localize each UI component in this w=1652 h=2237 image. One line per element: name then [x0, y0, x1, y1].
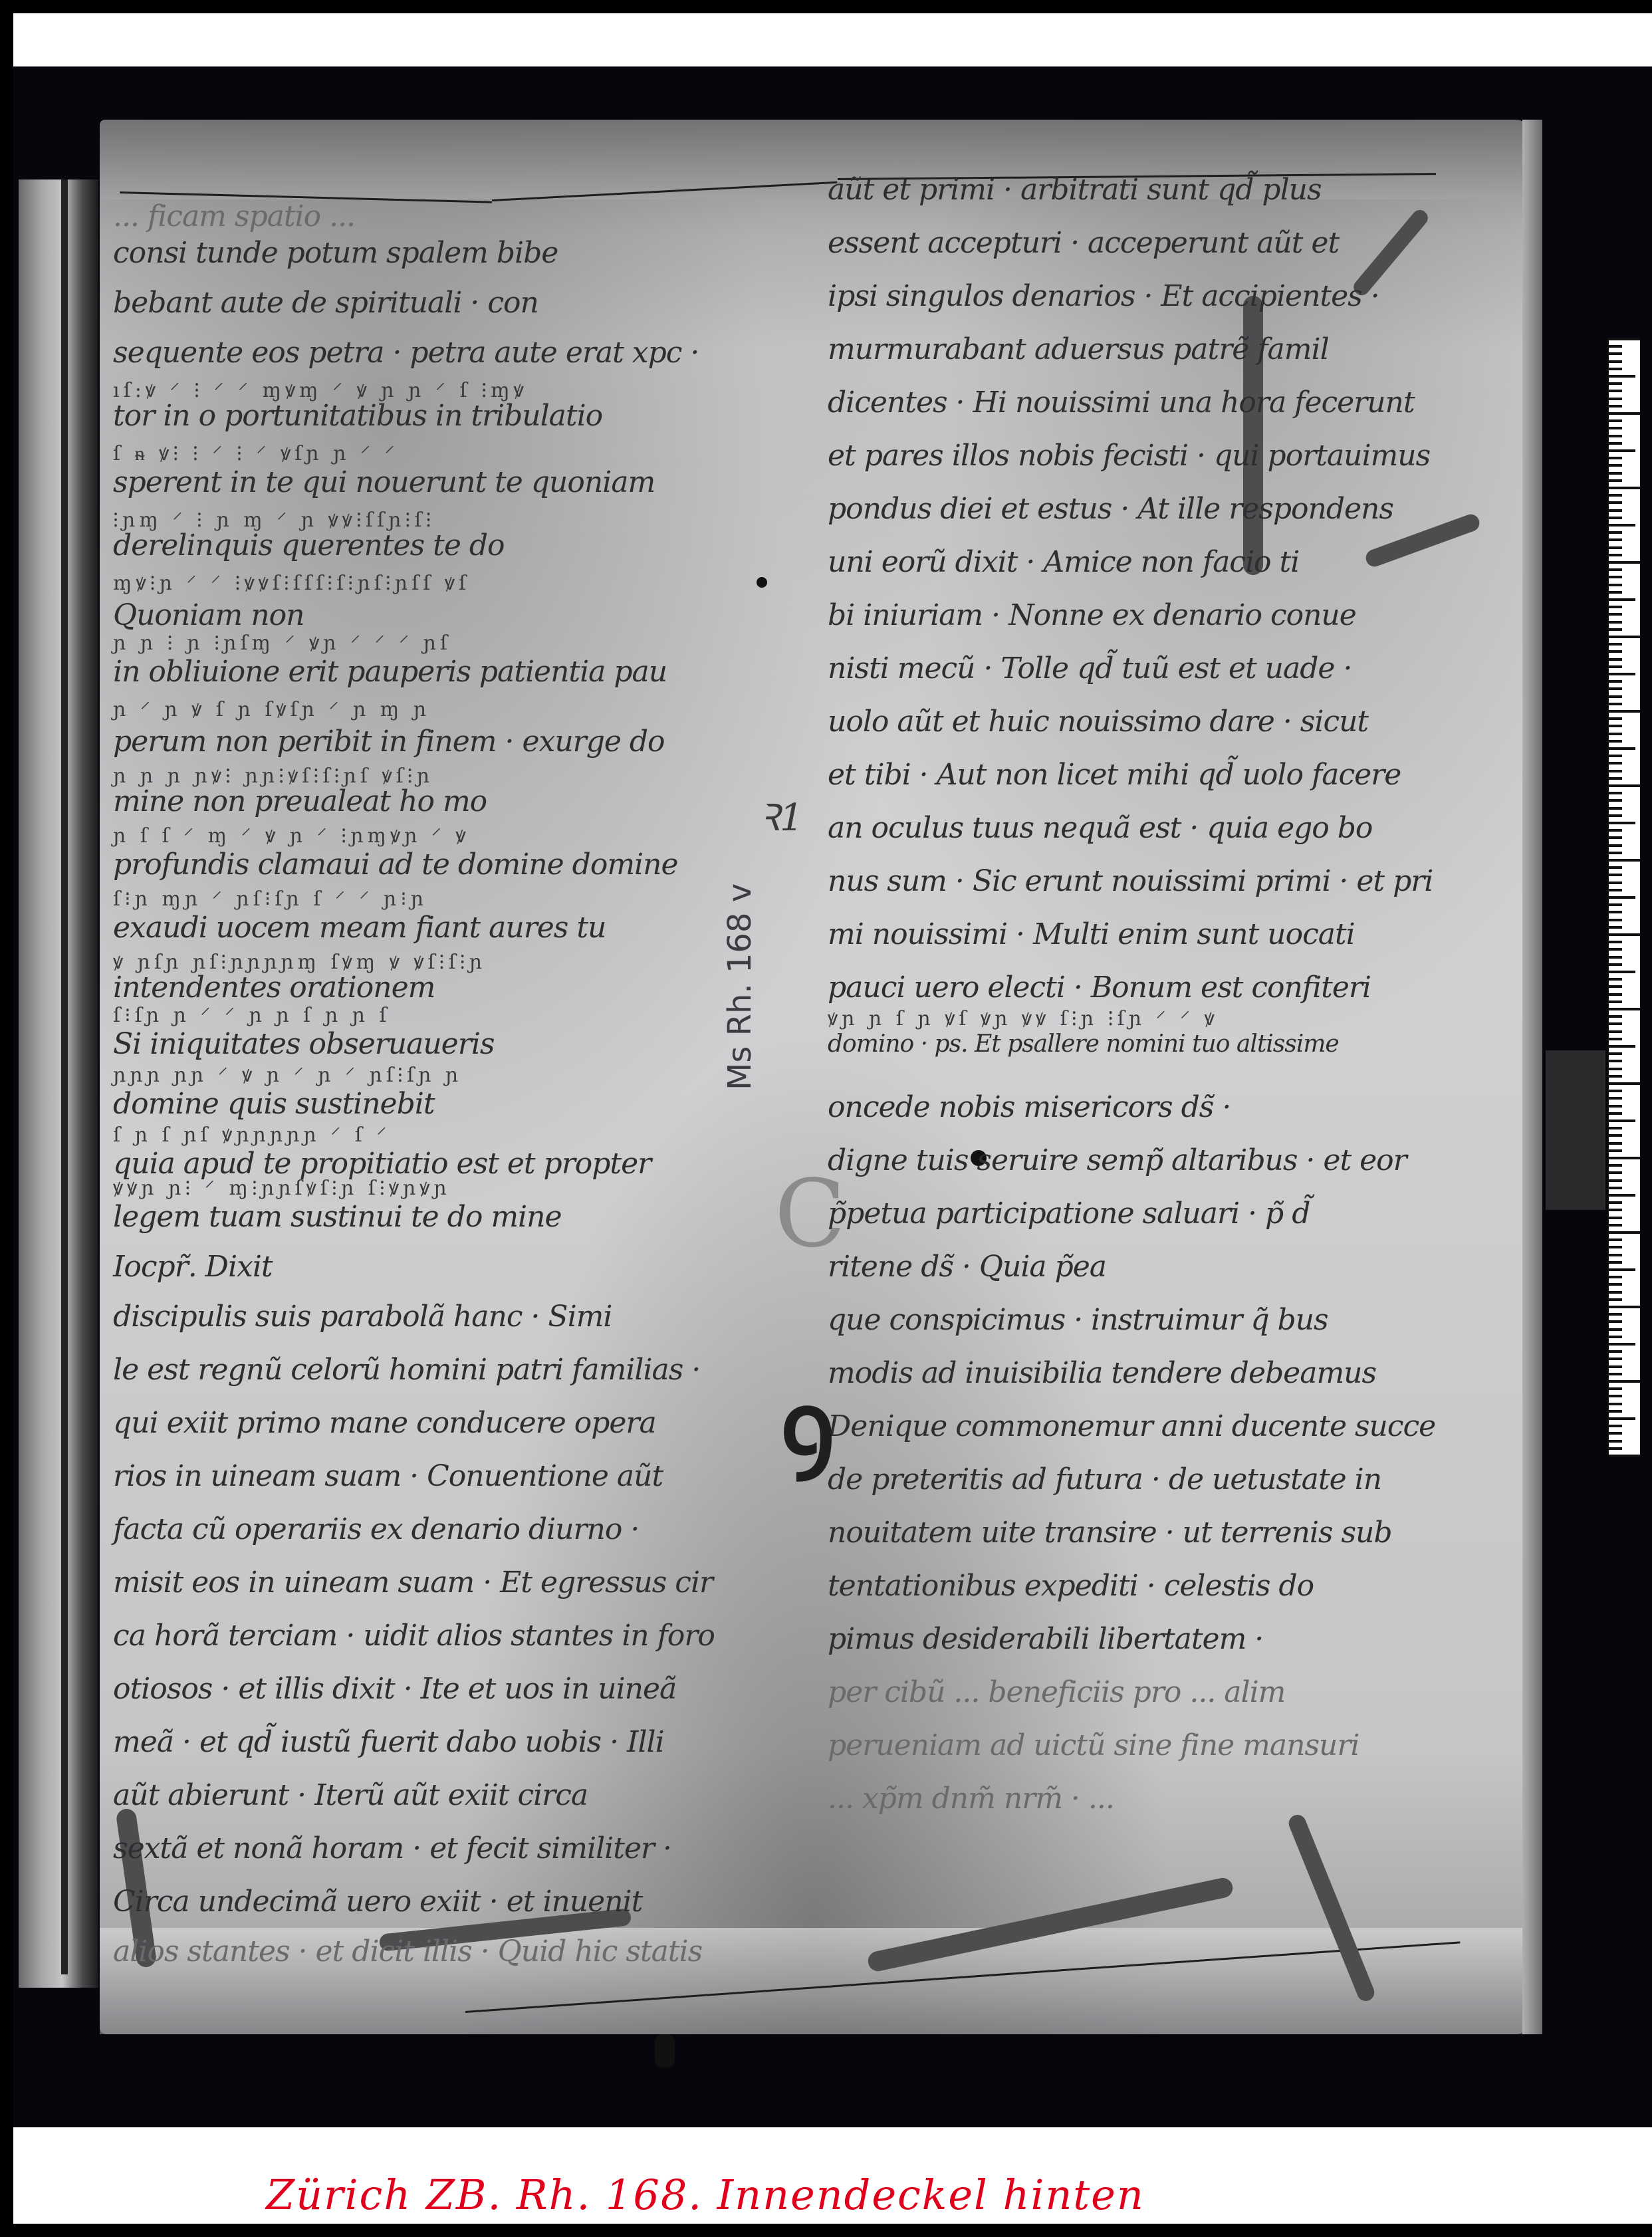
ruler-tick	[1609, 1097, 1622, 1100]
neume-line: ſ⁝ɲ ɱɲ ⸍ ɲſ⁝ſɲ ſ ⸍ ⸍ ɲ⁝ɲ	[113, 884, 427, 911]
ruler-tick	[1609, 740, 1622, 743]
manuscript-line: per cibũ ... beneficiis pro ... alim	[828, 1675, 1285, 1709]
ruler-tick	[1609, 338, 1640, 340]
ruler-tick	[1609, 673, 1635, 675]
ruler-tick	[1609, 1395, 1622, 1397]
manuscript-line: domino · ps. Et psallere nomini tuo alti…	[828, 1030, 1339, 1058]
ruler-tick	[1609, 1246, 1622, 1248]
manuscript-line: bi iniuriam · Nonne ex denario conue	[828, 598, 1356, 632]
ruler-tick	[1609, 1306, 1640, 1308]
manuscript-line: de preteritis ad futura · de uetustate i…	[828, 1463, 1381, 1496]
leaf-right-edge	[1522, 120, 1542, 2034]
ruler-tick	[1609, 978, 1622, 981]
ruler-tick	[1609, 1134, 1622, 1137]
ruler-tick	[1609, 1082, 1640, 1085]
ruler-tick	[1609, 554, 1622, 556]
ruler-tick	[1609, 524, 1635, 527]
ruler-tick	[1609, 755, 1622, 757]
manuscript-line: domine quis sustinebit	[113, 1087, 435, 1121]
ruler-tick	[1609, 941, 1622, 943]
ruler-tick	[1609, 1217, 1622, 1219]
ruler-tick	[1609, 390, 1622, 392]
ruler-tick	[1609, 368, 1622, 370]
manuscript-line: perum non peribit in finem · exurge do	[113, 725, 665, 759]
ruler-tick	[1609, 836, 1622, 839]
manuscript-line: mine non preualeat ho mo	[113, 784, 487, 818]
ruler-tick	[1609, 896, 1635, 899]
ruler-tick	[1609, 814, 1622, 817]
manuscript-line: Si iniquitates obseruaueris	[113, 1027, 494, 1061]
neume-line: ſ ɲ ſ ɲſ ꝟɲɲɲɲɲ ⸍ ſ ⸍	[113, 1120, 390, 1147]
ruler-tick	[1609, 1403, 1622, 1405]
ruler-tick	[1609, 956, 1622, 959]
manuscript-line: dicentes · Hi nouissimi una hora fecerun…	[828, 386, 1415, 419]
neume-line: ɲ ſ ſ ⸍ ɱ ⸍ ꝟ ɲ ⸍ ⁝ɲɱꝟɲ ⸍ ꝟ	[113, 821, 470, 848]
ruler-tick	[1609, 658, 1622, 661]
ruler-tick	[1609, 613, 1622, 616]
manuscript-line: digne tuis seruire semp̃ altaribus · et …	[828, 1143, 1407, 1177]
ruler-tick	[1609, 747, 1635, 750]
ruler-tick	[1609, 531, 1622, 534]
ruler-tick	[1609, 1440, 1622, 1443]
ruler-tick	[1609, 993, 1622, 996]
ruler-tick	[1609, 419, 1622, 422]
ruler-tick	[1609, 1261, 1622, 1264]
ruler-tick	[1609, 889, 1622, 891]
ruler-tick	[1609, 777, 1622, 780]
ruler-tick	[1609, 985, 1622, 988]
ruler-tick	[1609, 591, 1622, 594]
manuscript-line: ritene ds̃ · Quia p̃ea	[828, 1250, 1106, 1284]
ruler-tick	[1609, 1417, 1635, 1420]
manuscript-line: aũt et primi · arbitrati sunt qd̃ plus	[828, 173, 1322, 207]
binding-strap-patch	[1546, 1050, 1605, 1210]
ruler-tick	[1609, 1365, 1622, 1368]
decorated-initial: ꝯ	[765, 1383, 851, 1469]
ruler-tick	[1609, 717, 1622, 720]
ruler-tick	[1609, 882, 1622, 884]
manuscript-line: uolo aũt et huic nouissimo dare · sicut	[828, 705, 1368, 739]
ruler-tick	[1609, 479, 1622, 482]
ruler-tick	[1609, 517, 1622, 519]
neume-line: ɲ ⸍ ɲ ꝟ ſ ɲ ſꝟſɲ ⸍ ɲ ɱ ɲ	[113, 695, 430, 722]
ruler-tick	[1609, 762, 1622, 765]
ruler-tick	[1609, 442, 1622, 445]
manuscript-line: tentationibus expediti · celestis do	[828, 1569, 1314, 1603]
ruler-tick	[1609, 435, 1622, 437]
manuscript-line: nus sum · Sic erunt nouissimi primi · et…	[828, 864, 1433, 898]
neume-line: ꝟɲ ɲ ſ ɲ ꝟſ ꝟɲ ꝟꝟ ſ⁝ɲ ⁝ſɲ ⸍ ⸍ ꝟ	[828, 1004, 1219, 1031]
ruler-tick	[1609, 1068, 1622, 1070]
manuscript-line: qui exiit primo mane conducere opera	[113, 1406, 656, 1440]
ruler-tick	[1609, 360, 1622, 363]
ruler-tick	[1609, 584, 1622, 586]
ruler-tick	[1609, 1410, 1622, 1413]
manuscript-line: otiosos · et illis dixit · Ite et uos in…	[113, 1672, 676, 1706]
manuscript-line: alios stantes · et dicit illis · Quid hi…	[113, 1935, 702, 1968]
ruler-tick	[1609, 576, 1622, 578]
manuscript-line: profundis clamaui ad te domine domine	[113, 848, 678, 882]
ruler-tick	[1609, 598, 1635, 601]
ruler-tick	[1609, 1119, 1635, 1122]
manuscript-line: Circa undecimã uero exiit · et inuenit	[113, 1885, 642, 1919]
manuscript-line: ca horã terciam · uidit alios stantes in…	[113, 1619, 715, 1653]
ink-dot	[757, 577, 767, 588]
ruler-tick	[1609, 1209, 1622, 1211]
manuscript-line: intendentes orationem	[113, 971, 435, 1004]
ruler-tick	[1609, 926, 1622, 929]
manuscript-line: legem tuam sustinui te do mine	[113, 1200, 562, 1234]
ruler-tick	[1609, 1194, 1635, 1197]
manuscript-line: Iocpr̃. Dixit	[113, 1250, 273, 1284]
manuscript-line: uni eorũ dixit · Amice non facio ti	[828, 545, 1299, 579]
ruler-tick	[1609, 799, 1622, 802]
ruler-tick	[1609, 1127, 1622, 1129]
manuscript-line: in obliuione erit pauperis patientia pau	[113, 655, 667, 689]
ruler-tick	[1609, 501, 1622, 504]
ruler-tick	[1609, 457, 1622, 459]
manuscript-line: discipulis suis parabolã hanc · Simi	[113, 1300, 612, 1334]
ruler-tick	[1609, 1328, 1622, 1331]
manuscript-line: nouitatem uite transire · ut terrenis su…	[828, 1516, 1392, 1550]
neume-line: ſ ᵰ ꝟ⁝ ⁝ ⸍ ⁝ ⸍ ꝟſɲ ɲ ⸍ ⸍	[113, 439, 398, 466]
ruler-tick	[1609, 449, 1635, 452]
ruler-tick	[1609, 680, 1622, 683]
ruler-tick	[1609, 427, 1622, 429]
ruler-tick	[1609, 919, 1622, 921]
manuscript-line: bebant aute de spirituali · con	[113, 286, 538, 320]
ruler-tick	[1609, 1276, 1622, 1278]
manuscript-line: ... ficam spatio ...	[113, 199, 355, 233]
spine-shadow	[61, 179, 68, 1974]
ruler-tick	[1609, 1336, 1622, 1338]
ruler-tick	[1609, 464, 1622, 467]
manuscript-line: essent accepturi · acceperunt aũt et	[828, 226, 1339, 260]
manuscript-line: pimus desiderabili libertatem ·	[828, 1622, 1263, 1656]
manuscript-line: mi nouissimi · Multi enim sunt uocati	[828, 917, 1355, 951]
ruler-tick	[1609, 1224, 1622, 1227]
ruler-tick	[1609, 538, 1622, 541]
ruler-tick	[1609, 606, 1622, 608]
ruler-tick	[1609, 628, 1622, 631]
ruler-tick	[1609, 1298, 1622, 1301]
ruler-tick	[1609, 636, 1640, 638]
manuscript-line: tor in o portunitatibus in tribulatio	[113, 399, 602, 433]
manuscript-line: pondus diei et estus · At ille responden…	[828, 492, 1393, 526]
ruler-tick	[1609, 405, 1622, 408]
manuscript-line: que conspicimus · instruimur q̃ bus	[828, 1303, 1328, 1337]
manuscript-line: misit eos in uineam suam · Et egressus c…	[113, 1566, 713, 1599]
ruler-tick	[1609, 725, 1622, 727]
ruler-tick	[1609, 866, 1622, 869]
ruler-tick	[1609, 1291, 1622, 1294]
ruler-tick	[1609, 971, 1635, 973]
manuscript-line: modis ad inuisibilia tendere debeamus	[828, 1356, 1376, 1390]
ruler-tick	[1609, 1254, 1622, 1256]
ruler-tick	[1609, 621, 1622, 624]
ruler-tick	[1609, 710, 1640, 713]
ruler-tick	[1609, 1052, 1622, 1055]
manuscript-line: an oculus tuus nequã est · quia ego bo	[828, 811, 1372, 845]
foliation-mark: Ꝛ1	[758, 791, 803, 842]
ruler-tick	[1609, 412, 1640, 415]
ruler-tick	[1609, 1022, 1622, 1025]
ruler-tick	[1609, 487, 1640, 489]
ruler-tick	[1609, 933, 1640, 936]
neume-line: ſ⁝ſɲ ɲ ⸍ ⸍ ɲ ɲ ſ ɲ ɲ ſ	[113, 1001, 391, 1028]
ruler-tick	[1609, 561, 1640, 564]
ruler-tick	[1609, 1008, 1640, 1010]
ruler-tick	[1609, 1447, 1622, 1450]
ruler-tick	[1609, 1060, 1622, 1062]
ruler-tick	[1609, 494, 1622, 497]
ruler-tick	[1609, 1090, 1622, 1092]
ruler-tick	[1609, 1373, 1622, 1375]
manuscript-line: meã · et qd̃ iustũ fuerit dabo uobis · I…	[113, 1725, 664, 1759]
ruler-tick	[1609, 1179, 1622, 1182]
ruler-tick	[1609, 398, 1622, 400]
ruler-tick	[1609, 1038, 1622, 1040]
ruler-tick	[1609, 844, 1622, 847]
manuscript-line: Quoniam non	[113, 598, 304, 632]
ruler-tick	[1609, 472, 1622, 475]
ruler-tick	[1609, 1380, 1640, 1383]
ruler-tick	[1609, 1455, 1640, 1457]
ruler-tick	[1609, 1268, 1635, 1271]
manuscript-line: et tibi · Aut non licet mihi qd̃ uolo fa…	[828, 758, 1401, 792]
ruler-tick	[1609, 792, 1622, 794]
manuscript-line: nisti mecũ · Tolle qd̃ tuũ est et uade ·	[828, 651, 1352, 685]
manuscript-line: ... xp̃m dnm̃ nrm̃ · ...	[828, 1782, 1114, 1816]
ruler-tick	[1609, 375, 1635, 378]
ruler-tick	[1609, 546, 1622, 549]
neume-line: ɲ ɲ ⁝ ɲ ⁝ɲſɱ ⸍ ꝟɲ ⸍ ⸍ ⸍ ɲſ	[113, 628, 451, 655]
ruler-tick	[1609, 1357, 1622, 1360]
manuscript-line: facta cũ operariis ex denario diurno ·	[113, 1512, 639, 1546]
ruler-tick	[1609, 1075, 1622, 1078]
ruler-tick	[1609, 643, 1622, 646]
manuscript-line: pauci uero electi · Bonum est confiteri	[828, 971, 1371, 1004]
ruler-tick	[1609, 948, 1622, 951]
ruler-tick	[1609, 703, 1622, 705]
manuscript-line: consi tunde potum spalem bibe	[113, 236, 558, 270]
ruler-tick	[1609, 733, 1622, 735]
ruler-tick	[1609, 770, 1622, 772]
scale-ruler	[1607, 338, 1640, 1455]
ruler-tick	[1609, 1157, 1640, 1159]
ruler-tick	[1609, 1283, 1622, 1286]
vertical-shelfmark: Ms Rh. 168 v	[721, 883, 759, 1090]
ruler-tick	[1609, 1343, 1635, 1346]
ruler-tick	[1609, 1231, 1640, 1234]
manuscript-line: Denique commonemur anni ducente succe	[828, 1409, 1435, 1443]
ruler-tick	[1609, 911, 1622, 913]
manuscript-line: ipsi singulos denarios · Et accipientes …	[828, 279, 1379, 313]
ruler-tick	[1609, 859, 1640, 862]
archive-caption: Zürich ZB. Rh. 168. Innendeckel hinten	[266, 2171, 1145, 2219]
neume-line: ꝟꝟɲ ɲ⁝ ⸍ ɱ⁝ɲɲſꝟſ⁝ɲ ſ⁝ꝟɲꝟɲ	[113, 1173, 451, 1201]
ruler-tick	[1609, 509, 1622, 512]
ruler-tick	[1609, 1387, 1622, 1390]
ruler-tick	[1609, 784, 1640, 787]
ruler-tick	[1609, 829, 1622, 832]
manuscript-line: sextã et nonã horam · et fecit similiter…	[113, 1831, 671, 1865]
scan-margin-left	[0, 0, 13, 2237]
manuscript-line: rios in uineam suam · Conuentione aũt	[113, 1459, 663, 1493]
manuscript-line: perueniam ad uictũ sine fine mansuri	[828, 1728, 1359, 1762]
manuscript-line: exaudi uocem meam fiant aures tu	[113, 911, 606, 945]
ruler-tick	[1609, 382, 1622, 385]
ruler-tick	[1609, 822, 1635, 824]
ruler-tick	[1609, 1171, 1622, 1174]
ruler-tick	[1609, 1201, 1622, 1204]
manuscript-line: et pares illos nobis fecisti · qui porta…	[828, 439, 1430, 473]
manuscript-line: aũt abierunt · Iterũ aũt exiit circa	[113, 1778, 588, 1812]
ruler-tick	[1609, 852, 1622, 854]
ruler-tick	[1609, 695, 1622, 698]
photo-border-top	[13, 13, 1652, 66]
ruler-tick	[1609, 568, 1622, 571]
ruler-tick	[1609, 1425, 1622, 1427]
ruler-tick	[1609, 665, 1622, 668]
ruler-tick	[1609, 1030, 1622, 1033]
ruler-tick	[1609, 1238, 1622, 1241]
ruler-tick	[1609, 345, 1622, 348]
manuscript-line: murmurabant aduersus patrẽ famil	[828, 332, 1329, 366]
ruler-tick	[1609, 650, 1622, 653]
ruler-tick	[1609, 1112, 1622, 1115]
neume-line: ɱꝟ⁝ɲ ⸍ ⸍ ⁝ꝟꝟſ⁝ſſſ⁝ſ⁝ɲſ⁝ɲſſ ꝟſ	[113, 568, 470, 596]
ruler-tick	[1609, 807, 1622, 810]
ruler-tick	[1609, 687, 1622, 690]
ruler-tick	[1609, 1313, 1622, 1316]
neume-line: ɲɲɲ ɲɲ ⸍ ꝟ ɲ ⸍ ɲ ⸍ ɲſ⁝ſɲ ɲ	[113, 1060, 462, 1088]
ruler-tick	[1609, 1350, 1622, 1353]
ruler-tick	[1609, 903, 1622, 906]
ruler-tick	[1609, 1164, 1622, 1167]
ruler-tick	[1609, 874, 1622, 876]
ruler-tick	[1609, 1105, 1622, 1108]
ruler-tick	[1609, 963, 1622, 966]
ruler-tick	[1609, 1015, 1622, 1018]
manuscript-line: p̃petua participatione saluari · p̃ d̃	[828, 1197, 1310, 1231]
ruler-tick	[1609, 1149, 1622, 1152]
ruler-tick	[1609, 1320, 1622, 1323]
ruler-tick	[1609, 1187, 1622, 1189]
ink-blot	[655, 2034, 675, 2067]
ruler-tick	[1609, 352, 1622, 355]
ruler-tick	[1609, 1045, 1635, 1048]
manuscript-line: oncede nobis misericors ds̃ ·	[828, 1090, 1231, 1124]
book-spine-edge	[19, 179, 98, 1988]
ruler-tick	[1609, 1001, 1622, 1003]
faded-initial-c: C	[774, 1160, 846, 1268]
manuscript-line: derelinquis querentes te do	[113, 529, 505, 562]
ruler-tick	[1609, 1142, 1622, 1145]
manuscript-line: le est regnũ celorũ homini patri familia…	[113, 1353, 700, 1387]
manuscript-line: sperent in te qui nouerunt te quoniam	[113, 465, 655, 499]
manuscript-line: sequente eos petra · petra aute erat xpc…	[113, 336, 699, 370]
ruler-tick	[1609, 1432, 1622, 1435]
